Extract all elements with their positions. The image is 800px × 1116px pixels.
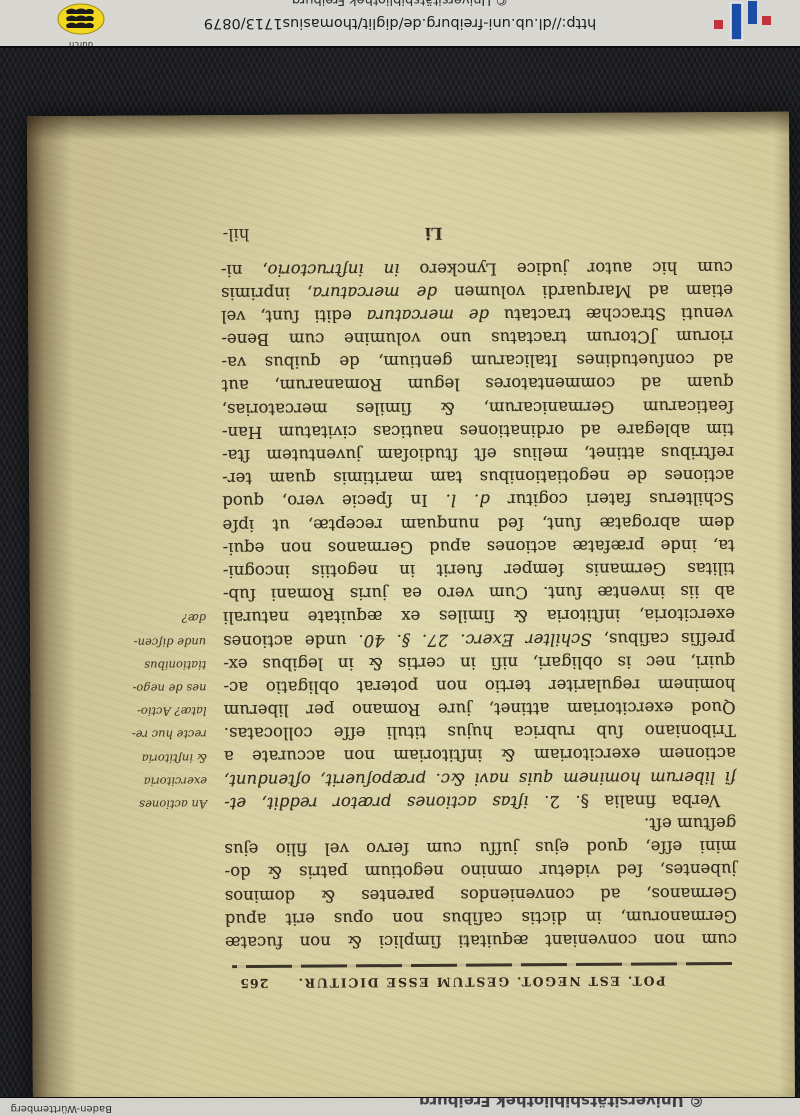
body-line: venuti Stracchæ tractatu de mercatura ed…: [221, 302, 733, 328]
body-line: Germanos, ad conveniendos parentes & dom…: [225, 881, 737, 907]
running-header: POT. EST NEGOT. GESTUM ESSE DICITUR. 265: [225, 970, 737, 991]
body-line: preſſis caſibus, Schilter Exerc. 27. §. …: [223, 626, 735, 652]
margin-note-line: dæ?: [38, 606, 206, 630]
body-line-segment: Verba finalia §. 2.: [529, 791, 721, 811]
body-line: ab iis inventæ ſunt. Cum vero ea juris R…: [223, 580, 735, 606]
body-line: Germanorum, in dictis caſibus non opus e…: [225, 905, 737, 931]
body-line: Verba finalia §. 2. iſtas actiones præto…: [224, 789, 736, 815]
body-line-segment: ab iis inventæ ſunt. Cum vero ea juris R…: [223, 582, 735, 604]
body-line: quiri, nec is obligari, niſi in certis &…: [223, 650, 735, 676]
body-line-segment: ſeaticarum Germanicarum, & ſimiles merca…: [222, 397, 734, 419]
region-label: Baden-Württemberg: [12, 1103, 112, 1114]
body-line: Quod exercitoriam attinet, jure Romano p…: [224, 696, 736, 722]
body-line: ta, inde præfatæ actiones apud Germanos …: [223, 534, 735, 560]
body-line-segment: exercitoria, inſtitoria & ſimiles ex æqu…: [223, 605, 735, 627]
body-line-segment: unde actiones: [223, 631, 358, 651]
margin-note-line: An actiones: [39, 792, 207, 816]
body-line-segment: venuti Stracchæ tractatu: [489, 304, 733, 324]
body-line: ſi liberum hominem quis navi &c. præpoſu…: [224, 766, 736, 792]
body-line-segment: cum non conveniant æquitati ſimplici & n…: [225, 930, 737, 952]
body-line-segment: preſſis caſibus,: [592, 629, 736, 649]
library-frame-bottom-strip: © Universitätsbibliothek Freiburg Baden-…: [0, 1097, 800, 1116]
library-frame-top-strip: http://dl.ub.uni-freiburg.de/diglit/thom…: [0, 0, 800, 48]
body-line-segment: geſtum eſt.: [644, 814, 736, 834]
gathering-signature: Li: [425, 224, 443, 243]
body-line: cum non conveniant æquitati ſimplici & n…: [225, 928, 737, 954]
body-line: Triboniano ſub rubrica hujus tituli eſſe…: [224, 719, 736, 745]
body-line-segment: cum hic autor judice Lynckero: [399, 258, 733, 279]
body-line-segment: editi ſunt, vel: [221, 306, 367, 326]
body-line: quam ad commentatores legum Romanarum, a…: [222, 371, 734, 397]
body-line: mini eſſe, quod ejus juſſu cum ſervo vel…: [224, 835, 736, 861]
coat-of-arms-icon: [56, 3, 106, 35]
body-line-segment: In ſpecie vero, quod: [222, 491, 445, 511]
body-line: cum hic autor judice Lynckero in inſtruc…: [221, 255, 733, 281]
body-line-segment: ad conſuetudines Italicarum gentium, de …: [221, 350, 733, 372]
margin-note-line: exercitoria: [39, 769, 207, 793]
body-line-segment: jubentes, ſed videtur omnino negotium pa…: [225, 860, 737, 882]
body-line-segment: Schilterus fateri cogitur: [490, 489, 735, 509]
page-content-rotated: POT. EST NEGOT. GESTUM ESSE DICITUR. 265…: [27, 112, 795, 1109]
body-line-segment: tilitas Germanis ſemper fuerit in negoti…: [223, 559, 735, 581]
body-line-segment: actionem exercitoriam & inſtitoriam non …: [224, 745, 736, 767]
body-line-segment: Germanorum, in dictis caſibus non opus e…: [225, 907, 737, 929]
body-line-italic-segment: de mercatura: [312, 283, 437, 303]
body-line: reſtribus attinet, melius eſt ſtudioſam …: [222, 441, 734, 467]
body-line-segment: Quod exercitoriam attinet, jure Romano p…: [224, 698, 736, 720]
margin-note-line: latæ? Actio-: [39, 699, 207, 723]
catchword: hil-: [223, 225, 250, 244]
scan-url: http://dl.ub.uni-freiburg.de/diglit/thom…: [0, 13, 800, 31]
margin-note-line: unde diſcen-: [38, 630, 206, 654]
body-text: cum non conveniant æquitati ſimplici & n…: [221, 255, 737, 954]
body-line: hominem regulariter tertio non poterat o…: [223, 673, 735, 699]
body-line-segment: , ni-: [221, 260, 268, 279]
body-line-italic-segment: in inſtructorio: [268, 260, 400, 280]
body-line-segment: hominem regulariter tertio non poterat o…: [223, 675, 735, 697]
page-number: 265: [239, 976, 268, 991]
body-line-segment: quiri, nec is obligari, niſi in certis &…: [223, 652, 735, 674]
top-strip-rotated-content: http://dl.ub.uni-freiburg.de/diglit/thom…: [0, 0, 800, 47]
body-line-segment: mini eſſe, quod ejus juſſu cum ſervo vel…: [224, 837, 736, 859]
body-line: geſtum eſt.: [224, 812, 736, 838]
copyright-line: © Universitätsbibliothek Freiburg: [0, 0, 800, 7]
body-line: tilitas Germanis ſemper fuerit in negoti…: [223, 557, 735, 583]
body-line-segment: riorum JCtorum tractatus uno volumine cu…: [221, 327, 733, 349]
margin-note: An actionesexercitoria& inſtitoriarecte …: [38, 606, 207, 816]
funding-label: gefördert durch: [52, 39, 110, 48]
dfg-logo-icon: [712, 1, 774, 43]
body-line-italic-segment: iſtas actiones prætor reddit, et-: [224, 792, 529, 813]
margin-note-line: & inſtitoria: [39, 746, 207, 770]
body-line-italic-segment: ſi liberum hominem quis navi &c. præpoſu…: [224, 768, 736, 790]
body-line-segment: , inprimis: [221, 283, 312, 303]
header-rule: [232, 962, 732, 968]
scanned-page: POT. EST NEGOT. GESTUM ESSE DICITUR. 265…: [27, 112, 795, 1109]
body-line: actiones de negotiationibus tam maritimi…: [222, 464, 734, 490]
body-line-segment: quam ad commentatores legum Romanarum, a…: [222, 374, 734, 396]
body-line-segment: reſtribus attinet, melius eſt ſtudioſam …: [222, 443, 734, 465]
body-line-segment: ta, inde præfatæ actiones apud Germanos …: [223, 536, 735, 558]
dfg-logo: [712, 1, 774, 47]
body-line-italic-segment: de mercatura: [367, 305, 490, 325]
body-line-segment: actiones de negotiationibus tam maritimi…: [222, 466, 734, 488]
body-line-italic-segment: Schilter Exerc. 27. §. 40.: [358, 629, 591, 649]
bottom-strip-rotated-content: © Universitätsbibliothek Freiburg Baden-…: [0, 1098, 800, 1116]
body-line: etiam ad Marquardi volumen de mercatura,…: [221, 279, 733, 305]
margin-note-line: nes de nego-: [38, 676, 206, 700]
body-line: riorum JCtorum tractatus uno volumine cu…: [221, 325, 733, 351]
body-line: actionem exercitoriam & inſtitoriam non …: [224, 742, 736, 768]
margin-note-line: recte huc re-: [39, 722, 207, 746]
body-line: tim ablegare ad ordinationes nauticas ci…: [222, 418, 734, 444]
body-line: dem abrogatæ ſunt, ſed nunquam receptæ, …: [222, 510, 734, 536]
body-line-segment: Germanos, ad conveniendos parentes & dom…: [225, 884, 737, 906]
body-line: ſeaticarum Germanicarum, & ſimiles merca…: [222, 395, 734, 421]
body-line-italic-segment: d. l.: [446, 491, 490, 510]
body-line-segment: Triboniano ſub rubrica hujus tituli eſſe…: [224, 721, 736, 743]
running-header-text: POT. EST NEGOT. GESTUM ESSE DICITUR.: [297, 973, 666, 990]
baden-wuerttemberg-logo: gefördert durch: [52, 3, 110, 48]
page-footer: Li hil-: [221, 219, 733, 244]
copyright-line-bottom: © Universitätsbibliothek Freiburg: [419, 1097, 704, 1110]
body-line-segment: etiam ad Marquardi volumen: [437, 281, 733, 302]
body-line-segment: tim ablegare ad ordinationes nauticas ci…: [222, 420, 734, 442]
body-line-segment: dem abrogatæ ſunt, ſed nunquam receptæ, …: [222, 513, 734, 535]
margin-note-line: tiationibus: [38, 653, 206, 677]
body-line: Schilterus fateri cogitur d. l. In ſpeci…: [222, 487, 734, 513]
body-line: ad conſuetudines Italicarum gentium, de …: [221, 348, 733, 374]
body-line: exercitoria, inſtitoria & ſimiles ex æqu…: [223, 603, 735, 629]
body-line: jubentes, ſed videtur omnino negotium pa…: [225, 858, 737, 884]
